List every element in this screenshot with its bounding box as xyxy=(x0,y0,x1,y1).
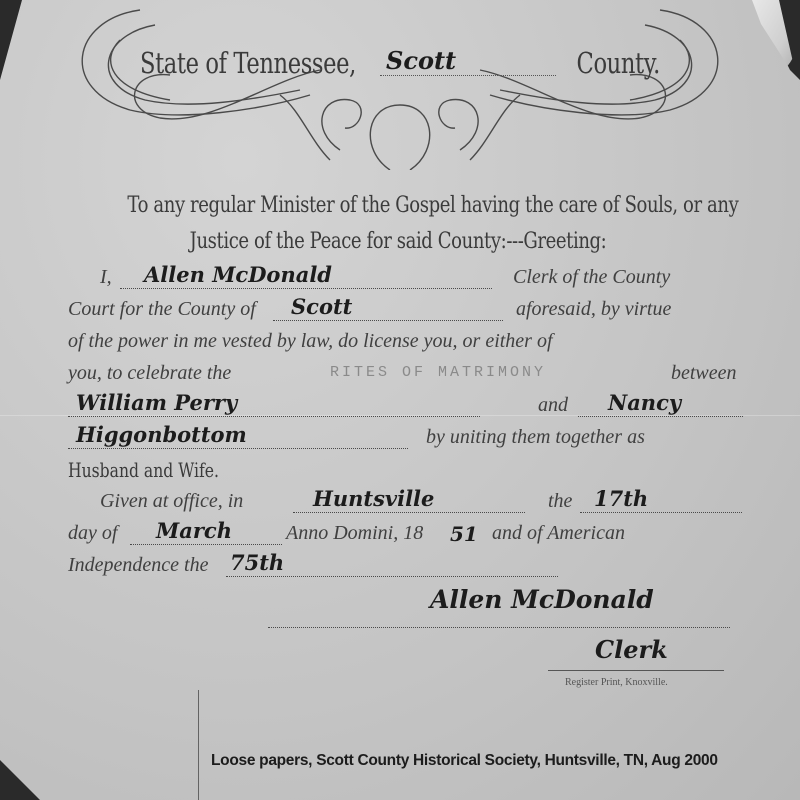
rites-of-matrimony: RITES OF MATRIMONY xyxy=(330,364,546,381)
place-field: Huntsville xyxy=(293,488,525,513)
day-value: 17th xyxy=(594,486,648,511)
month-field: March xyxy=(130,520,282,545)
salutation: To any regular Minister of the Gospel ha… xyxy=(68,188,728,260)
body-row-2: Court for the County of Scott aforesaid,… xyxy=(68,296,738,328)
day-of-label: day of xyxy=(68,522,117,545)
day-field: 17th xyxy=(580,488,742,513)
groom-field: William Perry xyxy=(68,392,480,417)
aforesaid: aforesaid, by virtue xyxy=(516,298,671,321)
document-header: State of Tennessee, Scott County. xyxy=(140,40,660,80)
body-row-1: I, Allen McDonald Clerk of the County xyxy=(68,264,738,296)
license-body: I, Allen McDonald Clerk of the County Co… xyxy=(68,264,738,584)
body-row-10: Independence the 75th xyxy=(68,552,738,584)
clerk-signature: Allen McDonald xyxy=(430,585,750,614)
printer-rule xyxy=(548,670,724,671)
clerk-title: Clerk xyxy=(595,635,668,664)
independence-label: Independence the xyxy=(68,554,208,577)
county-name-field: Scott xyxy=(273,296,503,321)
bride-last-name: Higgonbottom xyxy=(76,422,247,447)
bride-first-field: Nancy xyxy=(578,392,743,417)
county-handwritten: Scott xyxy=(380,46,556,76)
anno-domini: Anno Domini, 18 xyxy=(286,522,423,545)
county-label: County. xyxy=(577,46,660,80)
salutation-line-1: To any regular Minister of the Gospel ha… xyxy=(127,188,668,224)
place-name: Huntsville xyxy=(313,486,434,511)
clerk-name-field: Allen McDonald xyxy=(120,264,492,289)
independence-year: 75th xyxy=(230,550,284,575)
archive-caption: Loose papers, Scott County Historical So… xyxy=(211,752,718,770)
celebrate-prefix: you, to celebrate the xyxy=(68,362,231,385)
between: between xyxy=(671,362,737,385)
body-row-9: day of March Anno Domini, 18 51 and of A… xyxy=(68,520,738,552)
state-label: State of Tennessee, xyxy=(140,46,356,80)
and-label: and xyxy=(538,394,568,417)
court-for-county: Court for the County of xyxy=(68,298,256,321)
body-row-3: of the power in me vested by law, do lic… xyxy=(68,328,738,360)
body-row-7: Husband and Wife. xyxy=(68,456,738,488)
groom-name: William Perry xyxy=(76,390,237,415)
body-row-5: William Perry and Nancy xyxy=(68,392,738,424)
body-row-6: Higgonbottom by uniting them together as xyxy=(68,424,738,456)
signature-line xyxy=(268,627,730,628)
body-row-4: you, to celebrate the RITES OF MATRIMONY… xyxy=(68,360,738,392)
given-at-office: Given at office, in xyxy=(100,490,243,513)
salutation-line-2: Justice of the Peace for said County:---… xyxy=(127,224,668,260)
body-row-8: Given at office, in Huntsville the 17th xyxy=(68,488,738,520)
ornamental-flourish xyxy=(60,0,740,170)
bride-first-name: Nancy xyxy=(608,390,681,415)
bride-last-field: Higgonbottom xyxy=(68,424,408,449)
independence-year-field: 75th xyxy=(226,552,558,577)
the-label: the xyxy=(548,490,572,513)
power-line: of the power in me vested by law, do lic… xyxy=(68,330,553,353)
year-suffix: 51 xyxy=(450,522,478,546)
uniting-text: by uniting them together as xyxy=(426,426,645,449)
tear-line xyxy=(198,690,199,800)
printer-imprint: Register Print, Knoxville. xyxy=(565,677,668,688)
month-value: March xyxy=(156,518,232,543)
clerk-name: Allen McDonald xyxy=(144,262,332,287)
county-name: Scott xyxy=(291,294,352,319)
i-label: I, xyxy=(100,266,112,289)
and-of-american: and of American xyxy=(492,522,625,545)
husband-and-wife: Husband and Wife. xyxy=(68,458,219,482)
clerk-of-county: Clerk of the County xyxy=(513,266,670,289)
